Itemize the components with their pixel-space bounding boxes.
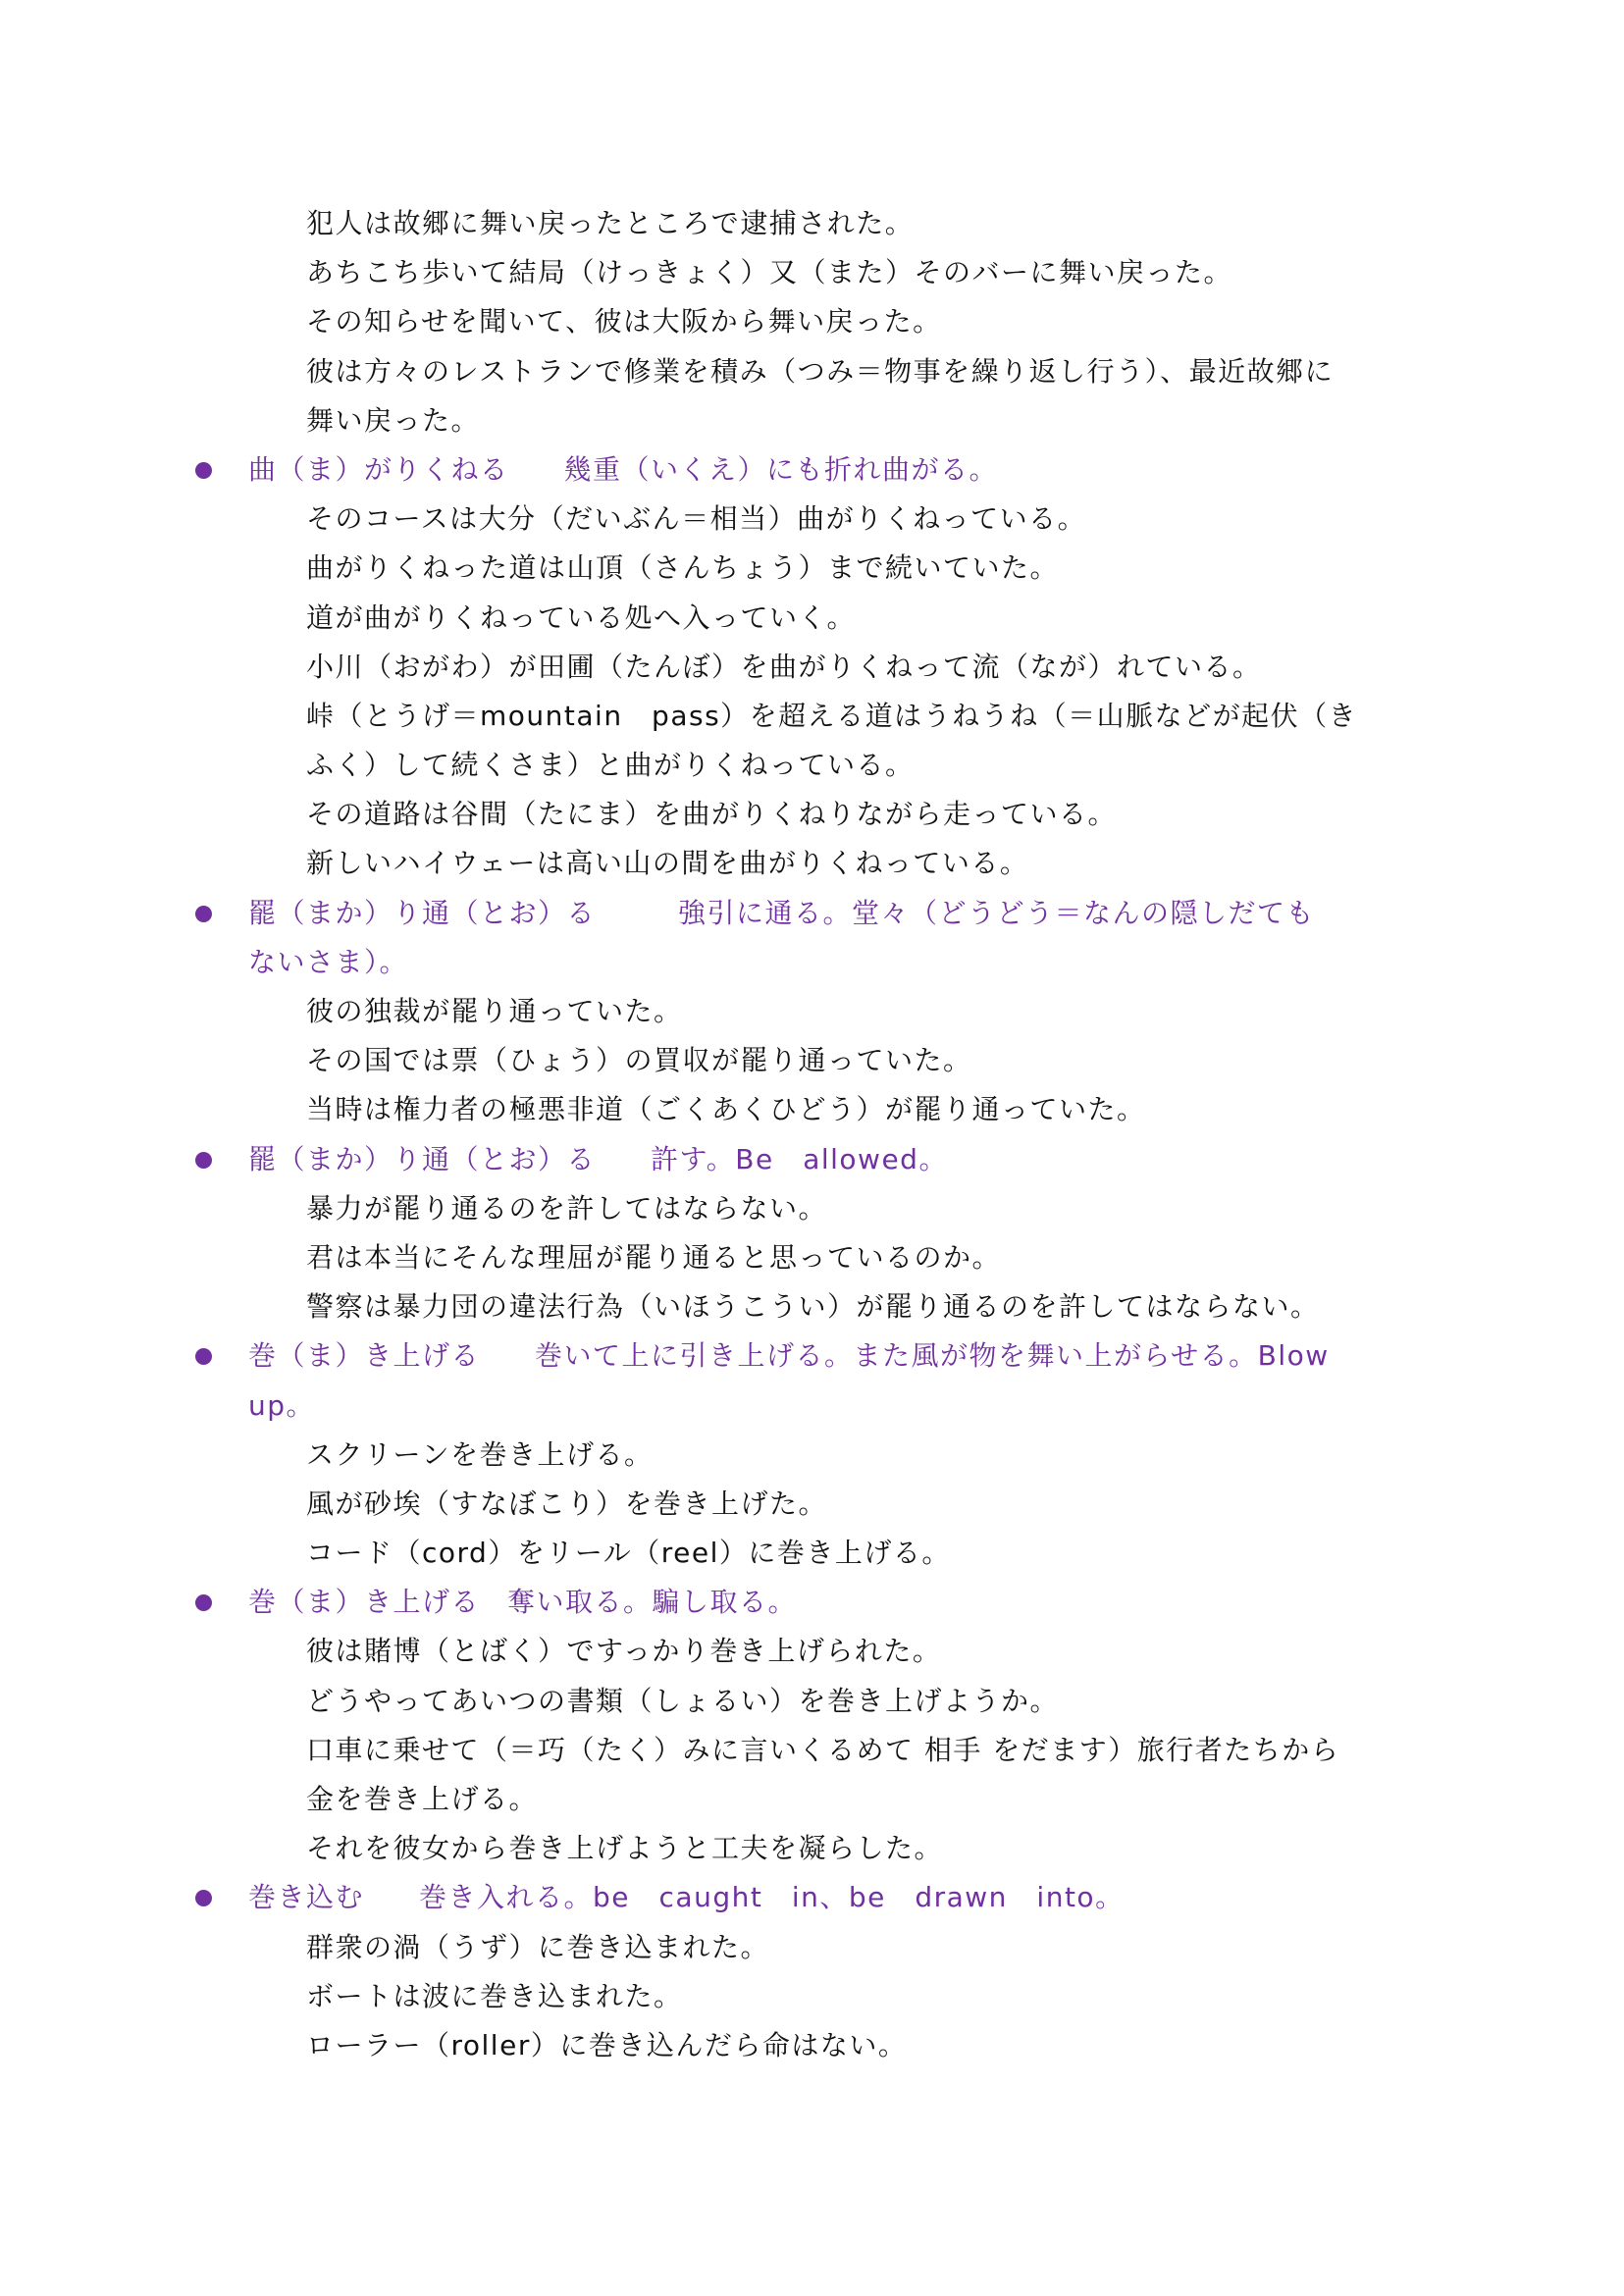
example-line: 群衆の渦（うず）に巻き込まれた。 xyxy=(0,1923,1624,1972)
bullet-icon xyxy=(195,462,212,479)
example-line: 曲がりくねった道は山頂（さんちょう）まで続いていた。 xyxy=(0,544,1624,593)
entry-heading: 曲（ま）がりくねる幾重（いくえ）にも折れ曲がる。 xyxy=(0,445,1624,495)
example-line: 峠（とうげ＝mountain pass）を超える道はうねうね（＝山脈などが起伏（… xyxy=(0,692,1624,741)
example-line: コード（cord）をリール（reel）に巻き上げる。 xyxy=(0,1529,1624,1578)
entry-term: 巻き込む xyxy=(248,1881,364,1913)
entry-definition: 巻き入れる。be caught in、be drawn into。 xyxy=(419,1881,1125,1913)
example-line: 暴力が罷り通るのを許してはならない。 xyxy=(0,1184,1624,1233)
example-line: 当時は権力者の極悪非道（ごくあくひどう）が罷り通っていた。 xyxy=(0,1085,1624,1134)
example-line: 彼は方々のレストランで修業を積み（つみ＝物事を繰り返し行う）、最近故郷に xyxy=(0,347,1624,396)
bullet-icon xyxy=(195,906,212,922)
entry-definition: 許す。Be allowed。 xyxy=(651,1143,948,1175)
example-line: 小川（おがわ）が田圃（たんぼ）を曲がりくねって流（なが）れている。 xyxy=(0,643,1624,692)
example-line: あちこち歩いて結局（けっきょく）又（また）そのバーに舞い戻った。 xyxy=(0,248,1624,297)
entry-definition: 巻いて上に引き上げる。また風が物を舞い上がらせる。Blow xyxy=(535,1339,1330,1372)
example-line: 彼は賭博（とばく）ですっかり巻き上げられた。 xyxy=(0,1627,1624,1676)
example-line: 新しいハイウェーは高い山の間を曲がりくねっている。 xyxy=(0,839,1624,888)
entry-heading: 巻き込む巻き入れる。be caught in、be drawn into。 xyxy=(0,1873,1624,1922)
example-line: どうやってあいつの書類（しょるい）を巻き上げようか。 xyxy=(0,1677,1624,1726)
example-line: その知らせを聞いて、彼は大阪から舞い戻った。 xyxy=(0,297,1624,346)
bullet-icon xyxy=(195,1348,212,1365)
example-line: 舞い戻った。 xyxy=(0,396,1624,445)
example-line: ローラー（roller）に巻き込んだら命はない。 xyxy=(0,2021,1624,2070)
example-line: それを彼女から巻き上げようと工夫を凝らした。 xyxy=(0,1824,1624,1873)
example-line: ボートは波に巻き込まれた。 xyxy=(0,1972,1624,2021)
entry-definition: 奪い取る。騙し取る。 xyxy=(507,1586,797,1618)
entry-heading: 罷（まか）り通（とお）る許す。Be allowed。 xyxy=(0,1135,1624,1184)
entry-term: 巻（ま）き上げる xyxy=(248,1339,480,1372)
bullet-icon xyxy=(195,1152,212,1169)
example-line: ふく）して続くさま）と曲がりくねっている。 xyxy=(0,741,1624,790)
entry-definition-continued: ないさま）。 xyxy=(0,938,1624,987)
example-line: 口車に乗せて（＝巧（たく）みに言いくるめて 相手 をだます）旅行者たちから xyxy=(0,1726,1624,1775)
entry-term: 罷（まか）り通（とお）る xyxy=(248,1143,596,1175)
example-line: その国では票（ひょう）の買収が罷り通っていた。 xyxy=(0,1036,1624,1085)
example-line: 犯人は故郷に舞い戻ったところで逮捕された。 xyxy=(0,199,1624,248)
bullet-icon xyxy=(195,1594,212,1611)
entry-definition: 強引に通る。堂々（どうどう＝なんの隠しだても xyxy=(678,897,1315,929)
example-line: 警察は暴力団の違法行為（いほうこうい）が罷り通るのを許してはならない。 xyxy=(0,1282,1624,1331)
entry-term: 罷（まか）り通（とお）る xyxy=(248,897,596,929)
entry-term: 巻（ま）き上げる xyxy=(248,1586,480,1618)
entry-definition: 幾重（いくえ）にも折れ曲がる。 xyxy=(564,453,999,486)
example-line: 道が曲がりくねっている処へ入っていく。 xyxy=(0,594,1624,643)
entry-term: 曲（ま）がりくねる xyxy=(248,453,509,486)
example-line: そのコースは大分（だいぶん＝相当）曲がりくねっている。 xyxy=(0,495,1624,544)
entry-heading: 巻（ま）き上げる奪い取る。騙し取る。 xyxy=(0,1578,1624,1627)
example-line: 君は本当にそんな理屈が罷り通ると思っているのか。 xyxy=(0,1233,1624,1282)
bullet-icon xyxy=(195,1890,212,1906)
example-line: 彼の独裁が罷り通っていた。 xyxy=(0,987,1624,1036)
document-page: 犯人は故郷に舞い戻ったところで逮捕された。 あちこち歩いて結局（けっきょく）又（… xyxy=(0,199,1624,2070)
example-line: スクリーンを巻き上げる。 xyxy=(0,1431,1624,1480)
example-line: 金を巻き上げる。 xyxy=(0,1775,1624,1824)
entry-heading: 罷（まか）り通（とお）る強引に通る。堂々（どうどう＝なんの隠しだても xyxy=(0,889,1624,938)
example-line: 風が砂埃（すなぼこり）を巻き上げた。 xyxy=(0,1480,1624,1529)
entry-definition-continued: up。 xyxy=(0,1382,1624,1431)
example-line: その道路は谷間（たにま）を曲がりくねりながら走っている。 xyxy=(0,790,1624,839)
entry-heading: 巻（ま）き上げる巻いて上に引き上げる。また風が物を舞い上がらせる。Blow xyxy=(0,1331,1624,1381)
